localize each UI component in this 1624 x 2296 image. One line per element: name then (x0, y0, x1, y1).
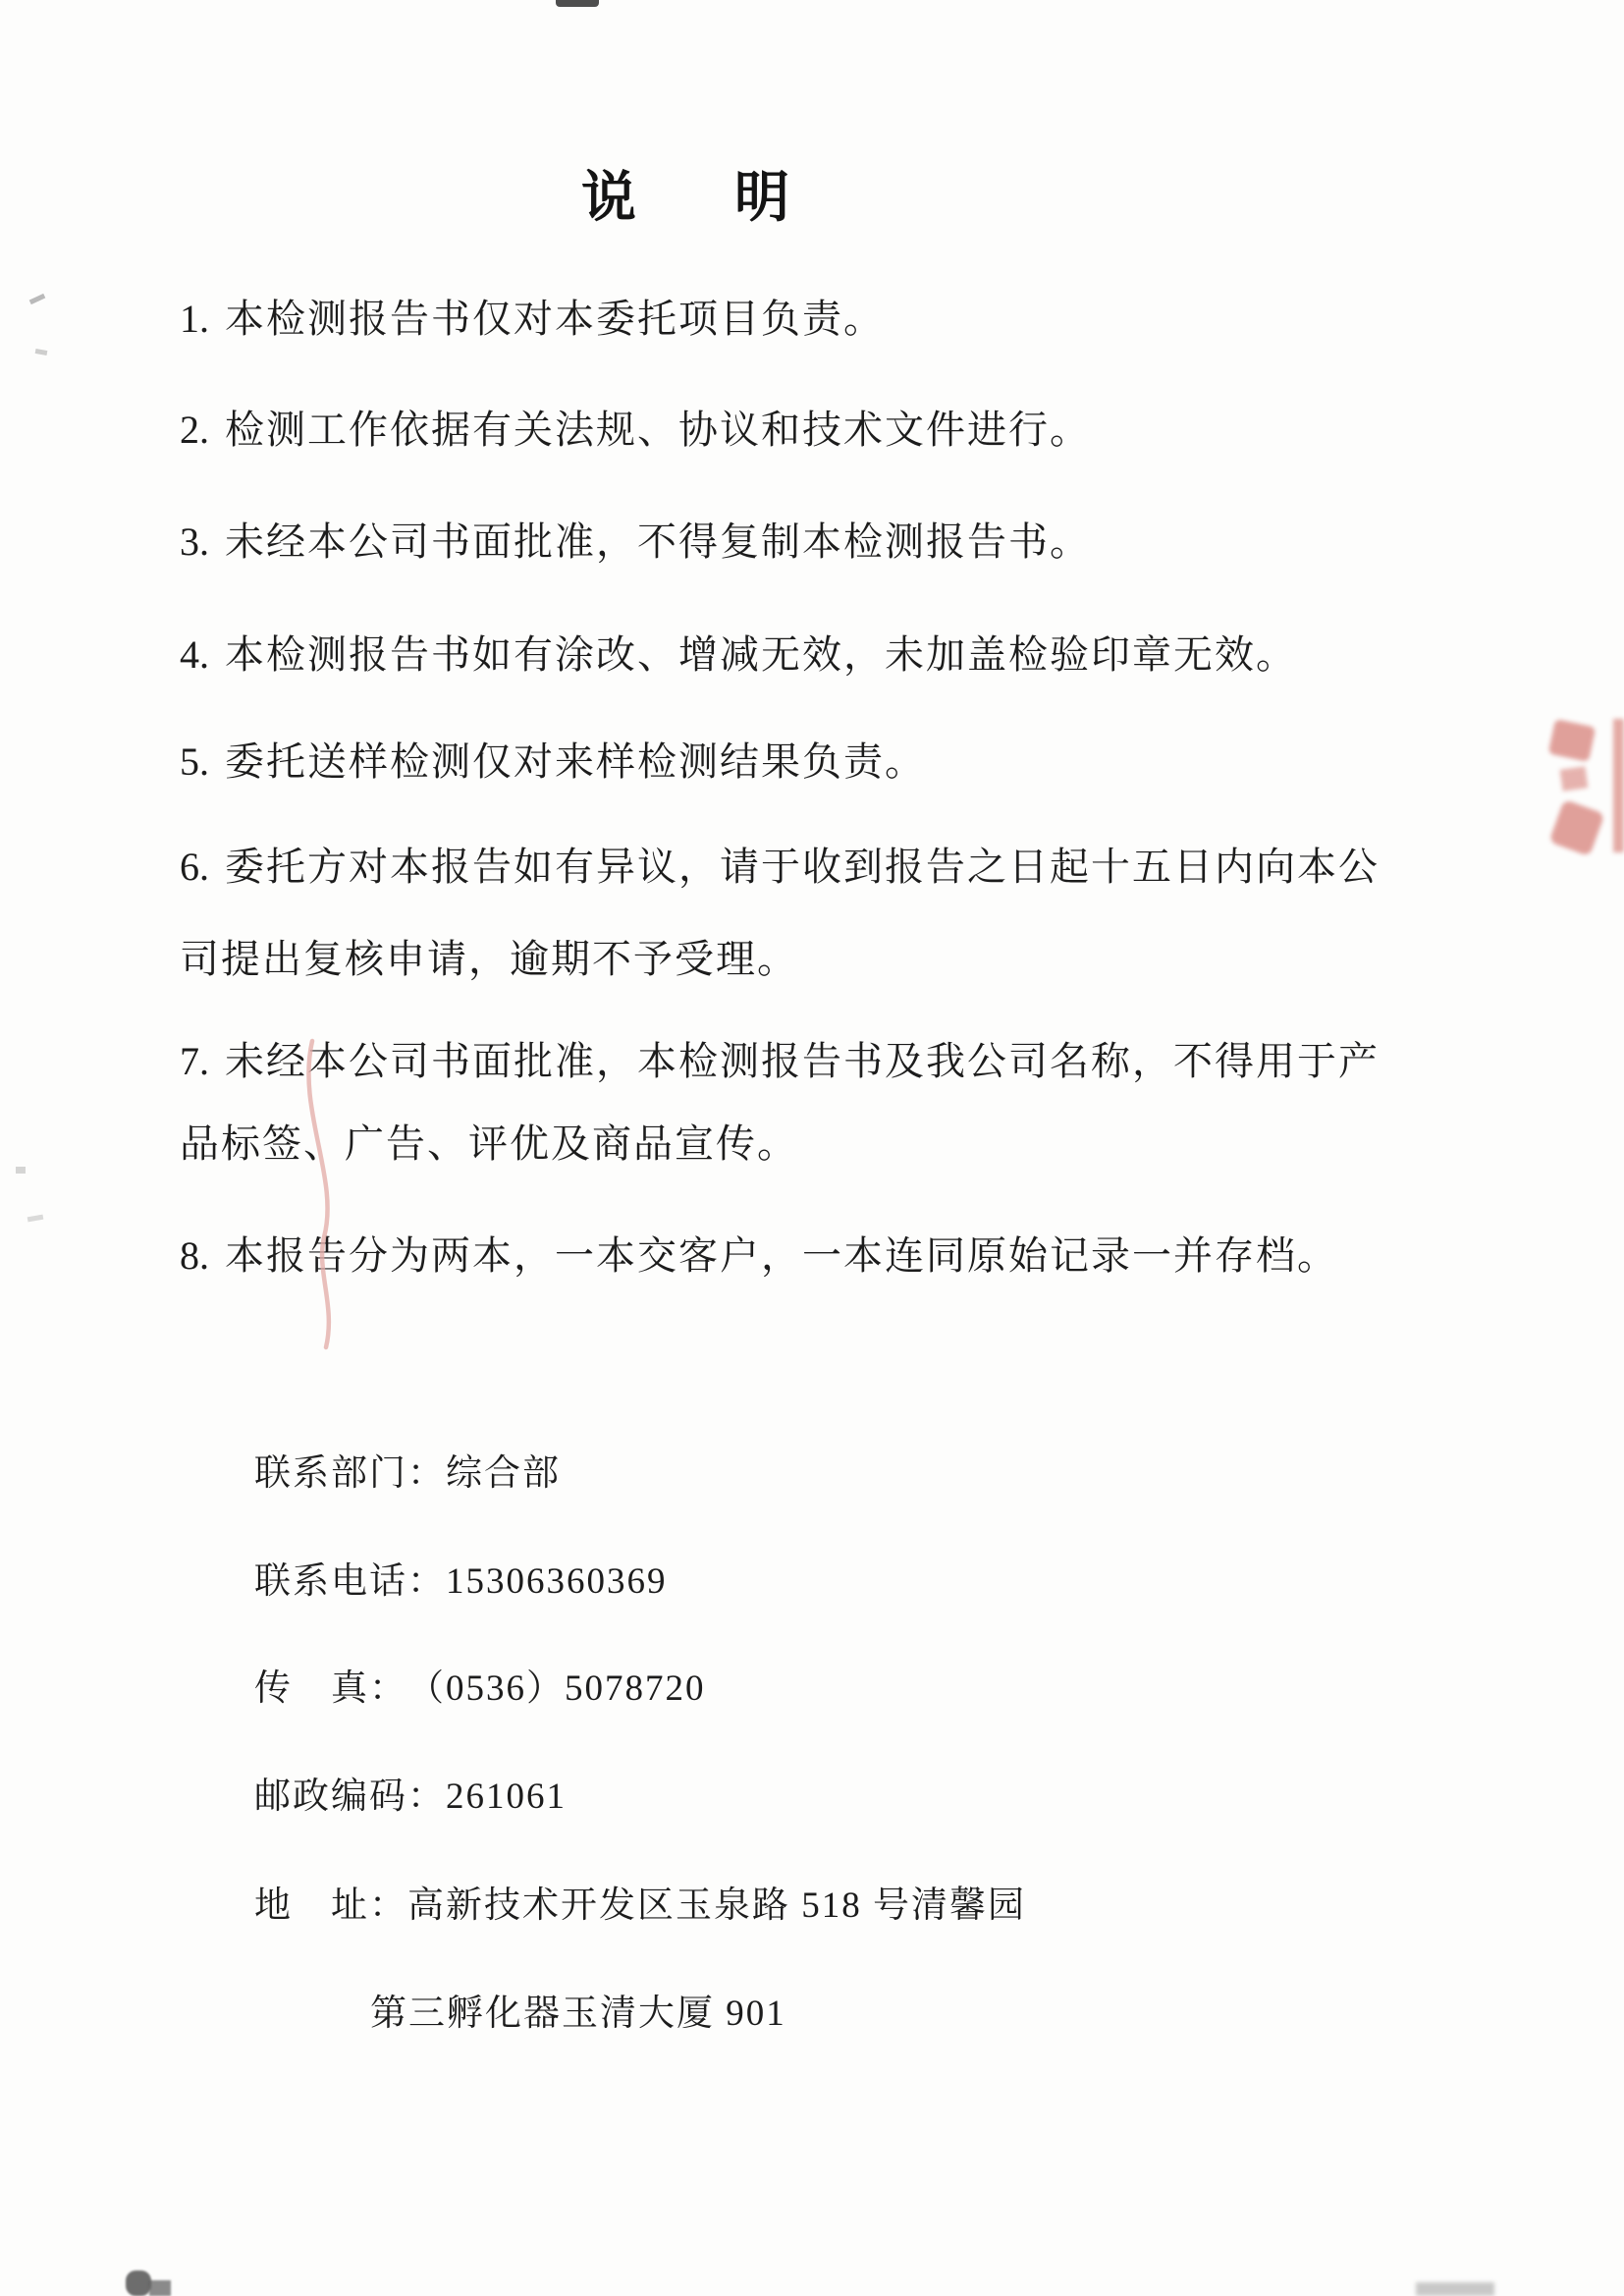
contact-fax-value: （0536）5078720 (407, 1668, 706, 1709)
note-number-1: 1. (180, 297, 225, 342)
note-text-3: 未经本公司书面批准，不得复制本检测报告书。 (225, 519, 1091, 564)
note-text-1: 本检测报告书仅对本委托项目负责。 (225, 297, 885, 341)
scan-smudge-top-edge (556, 0, 599, 7)
contact-phone-row: 联系电话：15306360369 (254, 1561, 668, 1604)
scan-smudge-bottom-right (1416, 2282, 1494, 2296)
contact-postcode-row: 邮政编码：261061 (254, 1777, 567, 1819)
note-item-7-continuation: 品标签、广告、评优及商品宣传。 (180, 1121, 798, 1167)
red-stamp-fragment (1560, 766, 1589, 791)
scan-smudge-left-margin (27, 1215, 44, 1223)
note-item-2: 2.检测工作依据有关法规、协议和技术文件进行。 (180, 408, 1091, 453)
note-number-7: 7. (180, 1039, 225, 1084)
note-number-2: 2. (180, 408, 225, 453)
contact-phone-label: 联系电话： (254, 1561, 446, 1604)
note-item-4: 4.本检测报告书如有涂改、增减无效，未加盖检验印章无效。 (180, 632, 1297, 678)
note-item-1: 1.本检测报告书仅对本委托项目负责。 (180, 297, 885, 342)
contact-department-value: 综合部 (446, 1453, 561, 1494)
note-item-8: 8.本报告分为两本，一本交客户，一本连同原始记录一并存档。 (180, 1233, 1338, 1279)
contact-address-label: 地 址： (254, 1886, 407, 1928)
note-text-2: 检测工作依据有关法规、协议和技术文件进行。 (225, 408, 1091, 452)
red-stamp-fragment (1613, 719, 1624, 852)
note-item-6: 6.委托方对本报告如有异议，请于收到报告之日起十五日内向本公 (180, 845, 1380, 890)
note-item-6-continuation: 司提出复核申请，逾期不予受理。 (180, 937, 798, 982)
note-text-5: 委托送样检测仅对来样检测结果负责。 (225, 739, 926, 784)
note-text-7b: 品标签、广告、评优及商品宣传。 (180, 1121, 798, 1166)
note-number-5: 5. (180, 739, 225, 785)
note-number-3: 3. (180, 519, 225, 565)
contact-postcode-value: 261061 (446, 1777, 567, 1817)
contact-address-row: 地 址：高新技术开发区玉泉路 518 号清馨园 (254, 1886, 1026, 1928)
note-number-4: 4. (180, 632, 225, 678)
contact-address-value: 高新技术开发区玉泉路 518 号清馨园 (407, 1886, 1026, 1926)
contact-department-label: 联系部门： (254, 1453, 446, 1496)
page-title: 说 明 (581, 171, 811, 226)
red-stamp-fragment (1548, 719, 1597, 762)
scan-smudge-left-margin (35, 349, 48, 355)
note-number-6: 6. (180, 845, 225, 890)
note-item-5: 5.委托送样检测仅对来样检测结果负责。 (180, 739, 926, 785)
contact-fax-label: 传 真： (254, 1668, 407, 1711)
red-stamp-fragment (1548, 799, 1604, 856)
contact-phone-value: 15306360369 (446, 1561, 668, 1602)
scan-smudge-left-margin (16, 1167, 26, 1174)
scan-smudge-bottom-left (149, 2280, 171, 2296)
note-item-3: 3.未经本公司书面批准，不得复制本检测报告书。 (180, 519, 1091, 565)
contact-address-line2: 第三孵化器玉清大厦 901 (370, 1994, 786, 2036)
contact-fax-row: 传 真：（0536）5078720 (254, 1668, 706, 1711)
document-page: 说 明 1.本检测报告书仅对本委托项目负责。 2.检测工作依据有关法规、协议和技… (0, 0, 1624, 2296)
note-text-7: 未经本公司书面批准，本检测报告书及我公司名称，不得用于产 (225, 1039, 1380, 1083)
contact-postcode-label: 邮政编码： (254, 1777, 446, 1819)
scan-smudge-left-margin (29, 294, 46, 304)
note-text-6b: 司提出复核申请，逾期不予受理。 (180, 937, 798, 981)
note-item-7: 7.未经本公司书面批准，本检测报告书及我公司名称，不得用于产 (180, 1039, 1380, 1084)
note-text-4: 本检测报告书如有涂改、增减无效，未加盖检验印章无效。 (225, 632, 1297, 677)
note-text-8: 本报告分为两本，一本交客户，一本连同原始记录一并存档。 (225, 1233, 1338, 1278)
scan-smudge-bottom-left (126, 2270, 151, 2296)
note-text-6: 委托方对本报告如有异议，请于收到报告之日起十五日内向本公 (225, 845, 1380, 889)
note-number-8: 8. (180, 1233, 225, 1279)
contact-department-row: 联系部门：综合部 (254, 1453, 561, 1496)
